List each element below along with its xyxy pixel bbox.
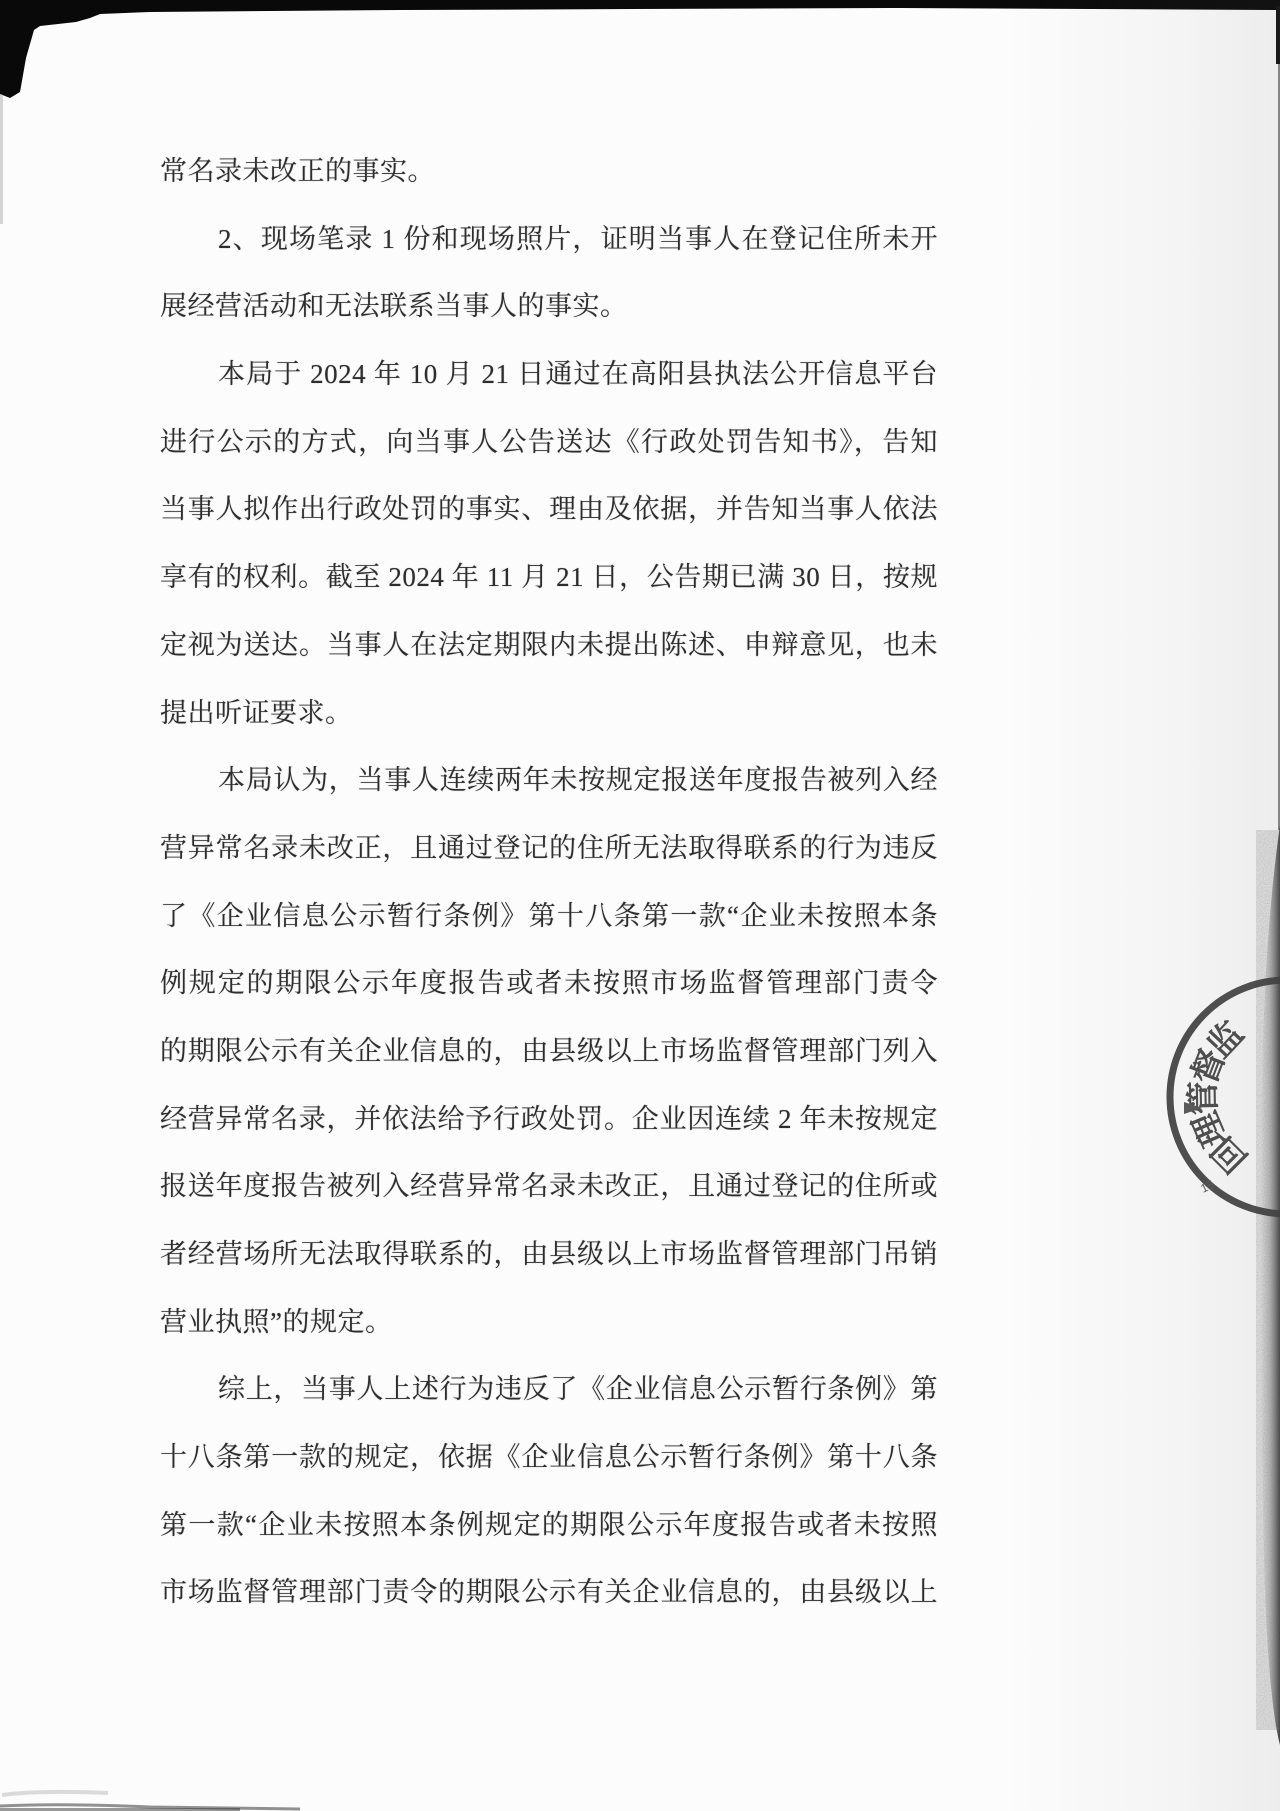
scan-edge-top (0, 0, 1280, 98)
text-line: 享有的权利。截至 2024 年 11 月 21 日，公告期已满 30 日，按规 (160, 544, 938, 612)
scan-edge-left (0, 94, 3, 224)
text-line: 定视为送达。当事人在法定期限内未提出陈述、申辩意见，也未 (160, 612, 938, 680)
text-line: 的期限公示有关企业信息的，由县级以上市场监督管理部门列入 (160, 1018, 938, 1086)
text-line: 报送年度报告被列入经营异常名录未改正，且通过登记的住所或 (160, 1153, 938, 1221)
seal-number: 15 (1198, 1177, 1216, 1195)
text-line: 进行公示的方式，向当事人公告送达《行政处罚告知书》，告知 (160, 409, 938, 477)
scan-smudge-bottom-left (2, 1792, 108, 1795)
text-line: 2、现场笔录 1 份和现场照片，证明当事人在登记住所未开 (160, 206, 938, 274)
text-line: 综上，当事人上述行为违反了《企业信息公示暂行条例》第 (160, 1356, 938, 1424)
text-line: 本局于 2024 年 10 月 21 日通过在高阳县执法公开信息平台 (160, 341, 938, 409)
scan-shadow-grain (1256, 830, 1280, 1730)
seal-glyph: 回 (1204, 1129, 1255, 1180)
text-line: 十八条第一款的规定，依据《企业信息公示暂行条例》第十八条 (160, 1424, 938, 1492)
text-line: 当事人拟作出行政处罚的事实、理由及依据，并告知当事人依法 (160, 476, 938, 544)
text-line: 经营异常名录，并依法给予行政处罚。企业因连续 2 年未按规定 (160, 1086, 938, 1154)
scanned-document-page: 常名录未改正的事实。 2、现场笔录 1 份和现场照片，证明当事人在登记住所未开 … (0, 0, 1280, 1811)
text-line: 第一款“企业未按照本条例规定的期限公示年度报告或者未按照 (160, 1492, 938, 1560)
seal-arrow-icon (1184, 1102, 1202, 1114)
seal-ring (1170, 980, 1280, 1214)
seal-glyph: 管 (1184, 1081, 1224, 1116)
seal-glyph: 督 (1185, 1044, 1233, 1089)
text-line: 者经营场所无法取得联系的，由县级以上市场监督管理部门吊销 (160, 1221, 938, 1289)
official-seal: 监 督 管 理 回 15 (1170, 980, 1280, 1214)
text-line: 展经营活动和无法联系当事人的事实。 (160, 273, 938, 341)
scan-smudge-bottom-line (0, 1805, 300, 1809)
text-line: 提出听证要求。 (160, 680, 938, 748)
scan-shadow-right-band (1260, 825, 1280, 1745)
text-line: 了《企业信息公示暂行条例》第十八条第一款“企业未按照本条 (160, 883, 938, 951)
document-body: 常名录未改正的事实。 2、现场笔录 1 份和现场照片，证明当事人在登记住所未开 … (160, 138, 938, 1627)
text-line: 营业执照”的规定。 (160, 1289, 938, 1357)
text-line: 本局认为，当事人连续两年未按规定报送年度报告被列入经 (160, 747, 938, 815)
seal-glyph: 监 (1200, 1014, 1251, 1065)
text-line: 营异常名录未改正，且通过登记的住所无法取得联系的行为违反 (160, 815, 938, 883)
text-line: 常名录未改正的事实。 (160, 138, 938, 206)
scan-edge-top-right (1276, 6, 1280, 64)
text-line: 市场监督管理部门责令的期限公示有关企业信息的，由县级以上 (160, 1559, 938, 1627)
seal-glyph: 理 (1187, 1106, 1234, 1152)
text-line: 例规定的期限公示年度报告或者未按照市场监督管理部门责令 (160, 950, 938, 1018)
